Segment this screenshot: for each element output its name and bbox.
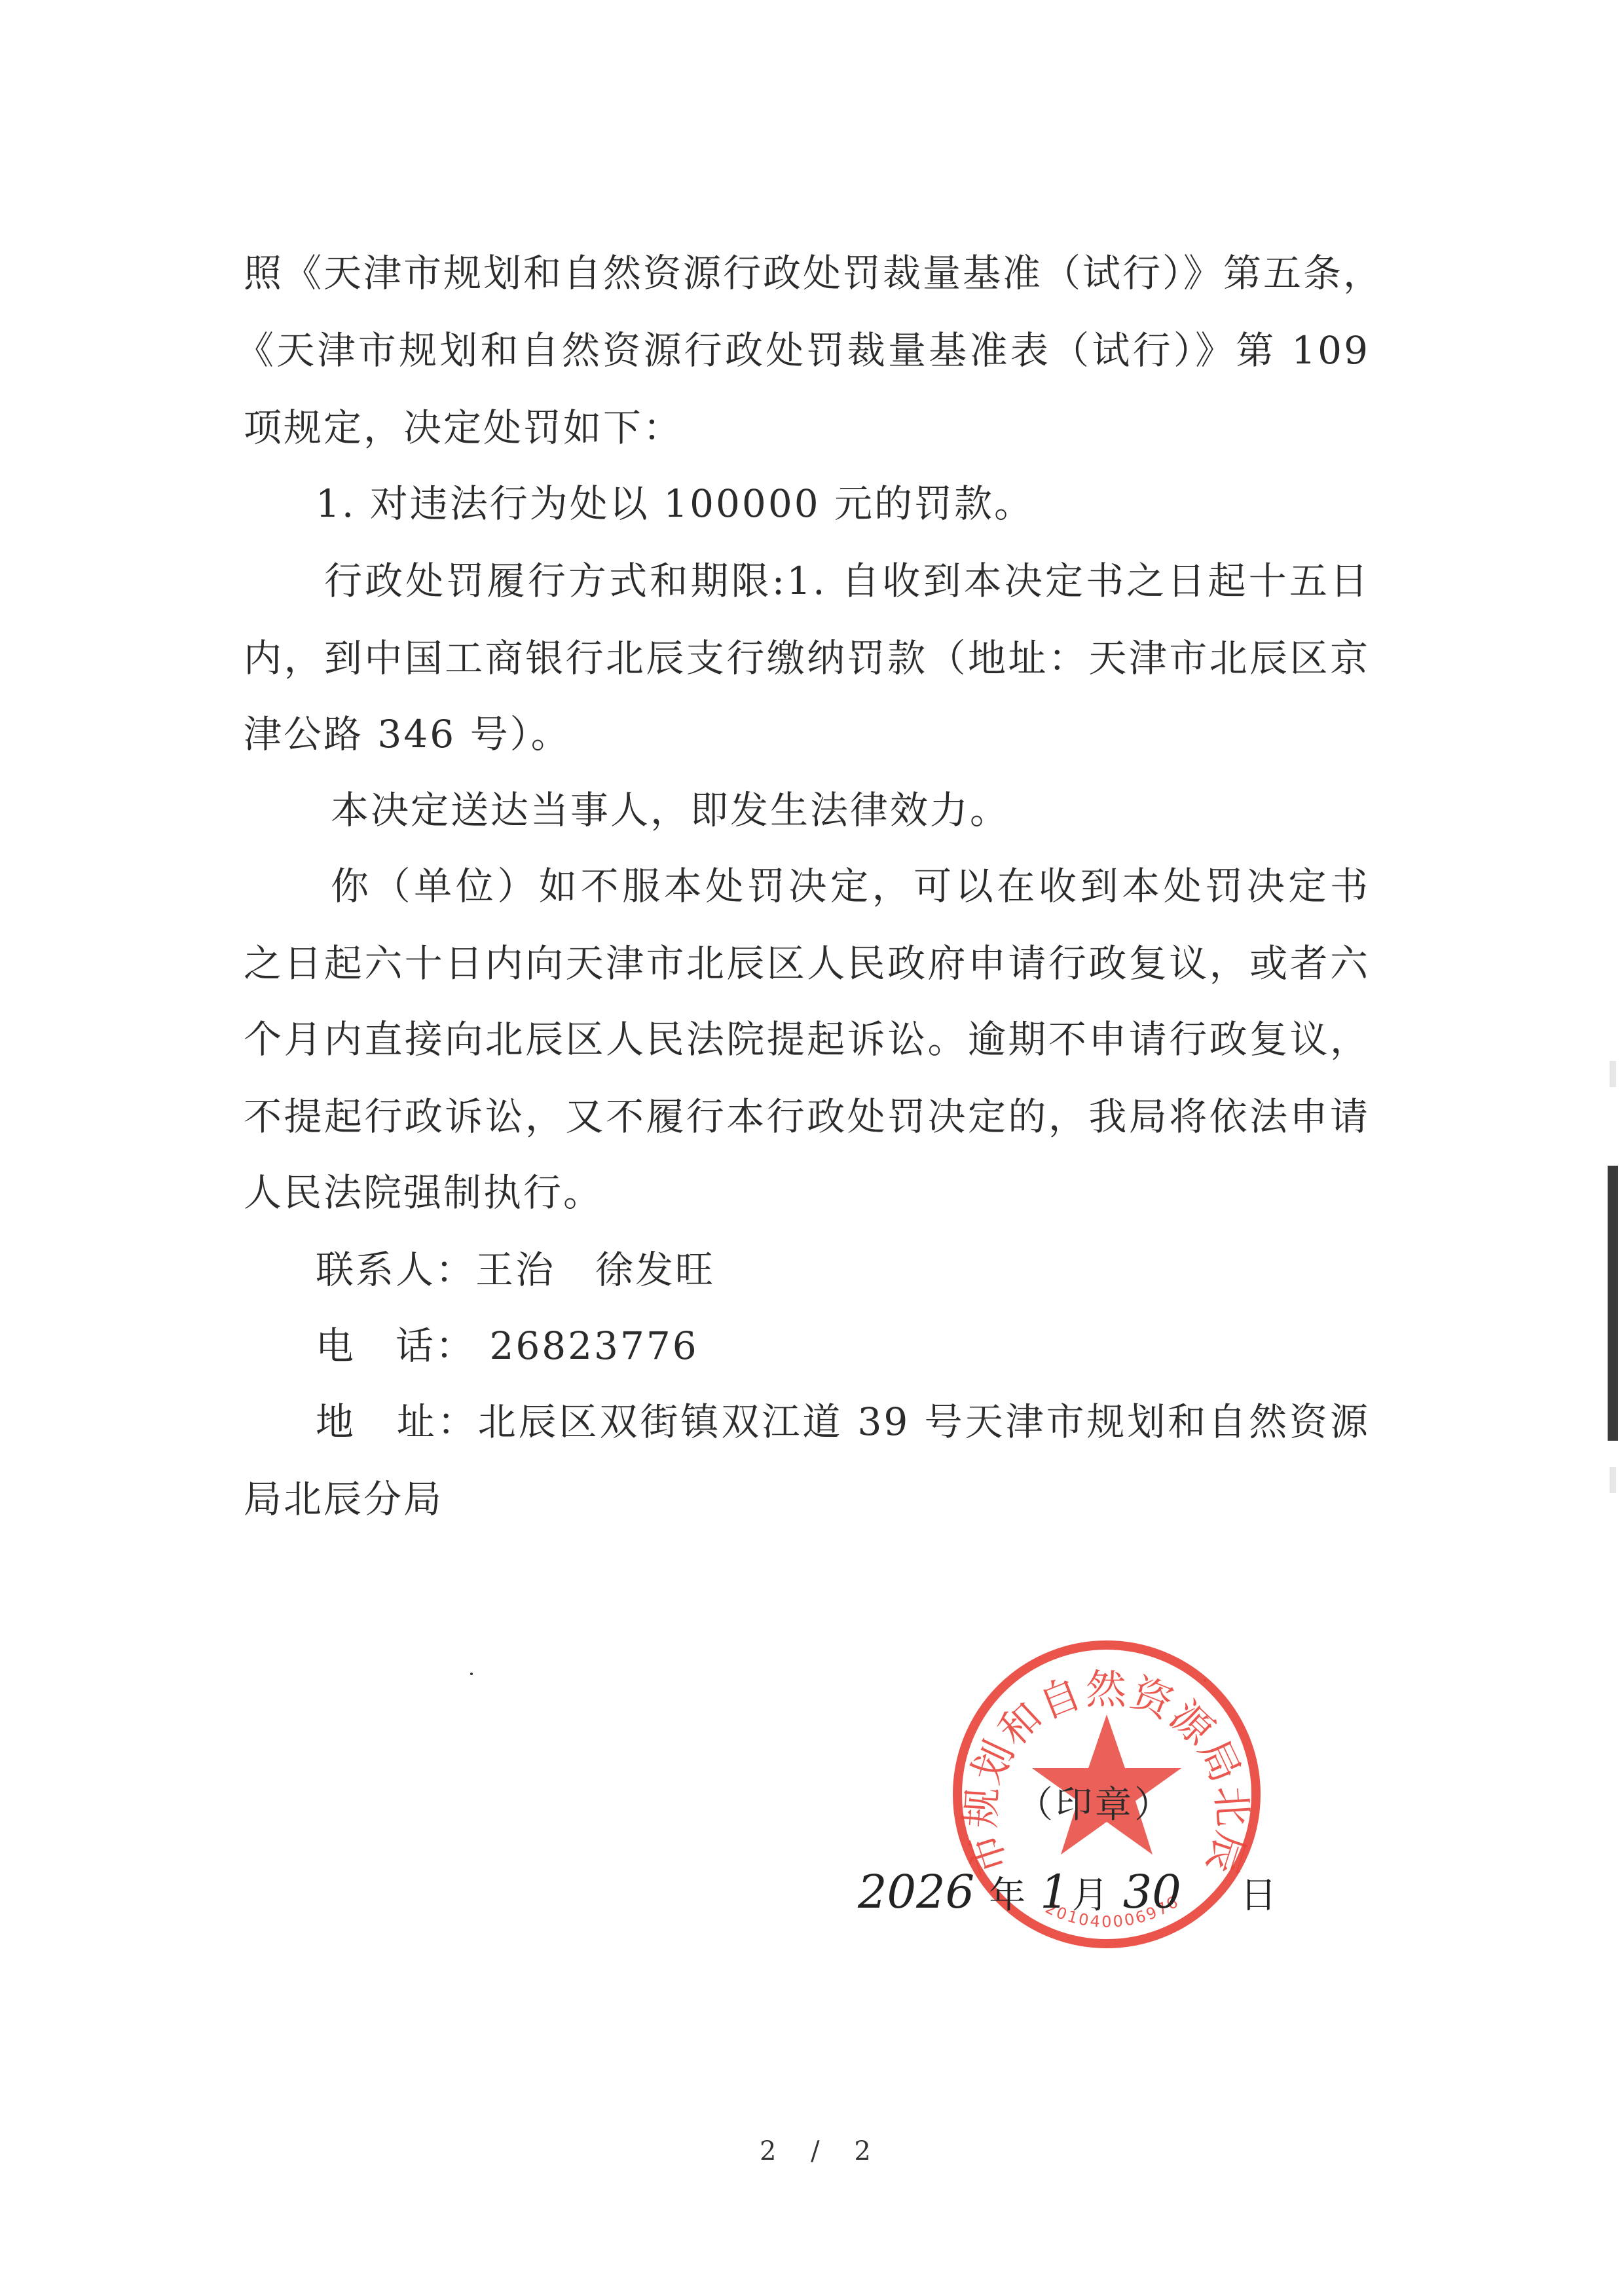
contact-names: 王治 徐发旺: [475, 1248, 715, 1292]
date-day-unit: 日: [1240, 1874, 1277, 1917]
contact-label: 联系人：: [316, 1248, 475, 1292]
penalty-item: 1. 对违法行为处以 100000 元的罚款。: [316, 481, 1034, 527]
signature-date: 2026年1月30日: [858, 1865, 1291, 1919]
text-line: 你（单位）如不服本处罚决定，可以在收到本处罚决定书: [331, 863, 1370, 909]
scan-dot: [470, 1673, 473, 1675]
text-line: 行政处罚履行方式和期限:1. 自收到本决定书之日起十五日: [324, 558, 1370, 604]
date-day: 30: [1123, 1865, 1181, 1919]
page-number: 2 / 2: [760, 2136, 884, 2166]
text-line: 本决定送达当事人，即发生法律效力。: [331, 787, 1010, 833]
text-line: 人民法院强制执行。: [244, 1170, 603, 1215]
date-year-unit: 年: [989, 1874, 1025, 1917]
text-line: 个月内直接向北辰区人民法院提起诉讼。逾期不申请行政复议，: [244, 1016, 1370, 1062]
date-month-unit: 月: [1072, 1874, 1109, 1917]
phone-label: 电 话：: [316, 1324, 475, 1368]
date-month: 1: [1040, 1865, 1069, 1919]
scan-artifact: [1610, 1467, 1616, 1493]
text-line: 项规定，决定处罚如下：: [244, 405, 683, 451]
date-year: 2026: [858, 1865, 974, 1919]
phone-line: 电 话： 26823776: [316, 1323, 699, 1369]
address-label: 地 址：: [316, 1399, 478, 1444]
contact-line: 联系人：王治 徐发旺: [316, 1247, 715, 1293]
seal-label: （印章）: [1016, 1776, 1173, 1828]
address-line: 地 址：北辰区双街镇双江道 39 号天津市规划和自然资源: [316, 1399, 1370, 1445]
text-line: 不提起行政诉讼，又不履行本行政处罚决定的，我局将依法申请: [244, 1094, 1370, 1139]
text-line: 津公路 346 号）。: [244, 711, 571, 757]
text-line: 《天津市规划和自然资源行政处罚裁量基准表（试行）》第 109: [236, 327, 1370, 373]
address-line-2: 局北辰分局: [244, 1476, 443, 1522]
text-line: 照《天津市规划和自然资源行政处罚裁量基准（试行）》第五条，: [244, 250, 1370, 296]
address-text: 北辰区双街镇双江道 39 号天津市规划和自然资源: [478, 1399, 1370, 1444]
text-line: 之日起六十日内向天津市北辰区人民政府申请行政复议，或者六: [244, 940, 1370, 986]
scan-artifact: [1608, 1166, 1618, 1441]
phone-number: 26823776: [489, 1324, 698, 1368]
scan-artifact: [1610, 1061, 1616, 1087]
text-line: 内，到中国工商银行北辰支行缴纳罚款（地址：天津市北辰区京: [244, 635, 1370, 681]
